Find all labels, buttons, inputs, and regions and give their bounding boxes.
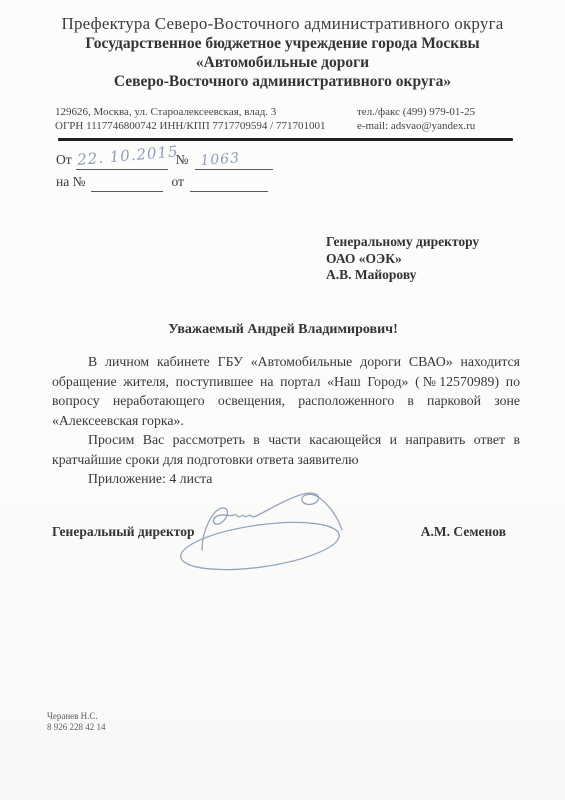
reference-block: От22. 10.2015№1063 на №от <box>56 151 316 195</box>
recipient-block: Генеральному директору ОАО «ОЭК» А.В. Ма… <box>326 234 479 284</box>
recipient-position: Генеральному директору <box>326 234 479 251</box>
outgoing-reference-row: От22. 10.2015№1063 <box>56 151 316 173</box>
letterhead-divider <box>58 138 513 141</box>
executor-block: Черанев Н.С. 8 926 228 42 14 <box>47 711 106 732</box>
executor-name: Черанев Н.С. <box>47 711 106 722</box>
salutation: Уважаемый Андрей Владимирович! <box>48 322 518 338</box>
attachment-line: Приложение: 4 листа <box>52 469 520 489</box>
date-blank-line: 22. 10.2015 <box>76 151 168 170</box>
email-line: e-mail: adsvao@yandex.ru <box>357 120 537 134</box>
address-line: 129626, Москва, ул. Староалексеевская, в… <box>55 106 355 120</box>
body-paragraph-1: В личном кабинете ГБУ «Автомобильные дор… <box>52 352 520 430</box>
reply-number-blank-line <box>91 173 163 192</box>
body-paragraph-2: Просим Вас рассмотреть в части касающейс… <box>52 430 520 469</box>
incoming-reference-row: на №от <box>56 173 316 195</box>
reply-from-label: от <box>171 174 183 192</box>
number-blank-line: 1063 <box>195 151 273 170</box>
reply-date-blank-line <box>190 173 268 192</box>
org-name-line1: «Автомобильные дороги <box>24 53 541 72</box>
contact-address-block: 129626, Москва, ул. Староалексеевская, в… <box>55 106 355 133</box>
handwritten-date: 22. 10.2015 <box>76 142 179 169</box>
letter-body: В личном кабинете ГБУ «Автомобильные дор… <box>52 352 520 489</box>
registration-line: ОГРН 1117746800742 ИНН/КПП 7717709594 / … <box>55 120 355 134</box>
org-prefecture-line: Префектура Северо-Восточного администрат… <box>24 13 541 34</box>
from-label: От <box>56 152 72 170</box>
org-name-line2: Северо-Восточного административного окру… <box>24 72 541 91</box>
reply-to-label: на № <box>56 174 85 192</box>
executor-phone: 8 926 228 42 14 <box>47 722 106 733</box>
recipient-name: А.В. Майорову <box>326 267 479 284</box>
phone-line: тел./факс (499) 979-01-25 <box>357 106 537 120</box>
recipient-company: ОАО «ОЭК» <box>326 251 479 268</box>
org-institution-line: Государственное бюджетное учреждение гор… <box>24 34 541 53</box>
signer-name: А.М. Семенов <box>421 524 506 540</box>
scanned-letter-page: Префектура Северо-Восточного администрат… <box>0 0 565 800</box>
contact-phone-block: тел./факс (499) 979-01-25 e-mail: adsvao… <box>357 106 537 133</box>
handwritten-number: 1063 <box>199 150 240 169</box>
letterhead: Префектура Северо-Восточного администрат… <box>24 13 541 91</box>
handwritten-signature <box>172 488 352 578</box>
